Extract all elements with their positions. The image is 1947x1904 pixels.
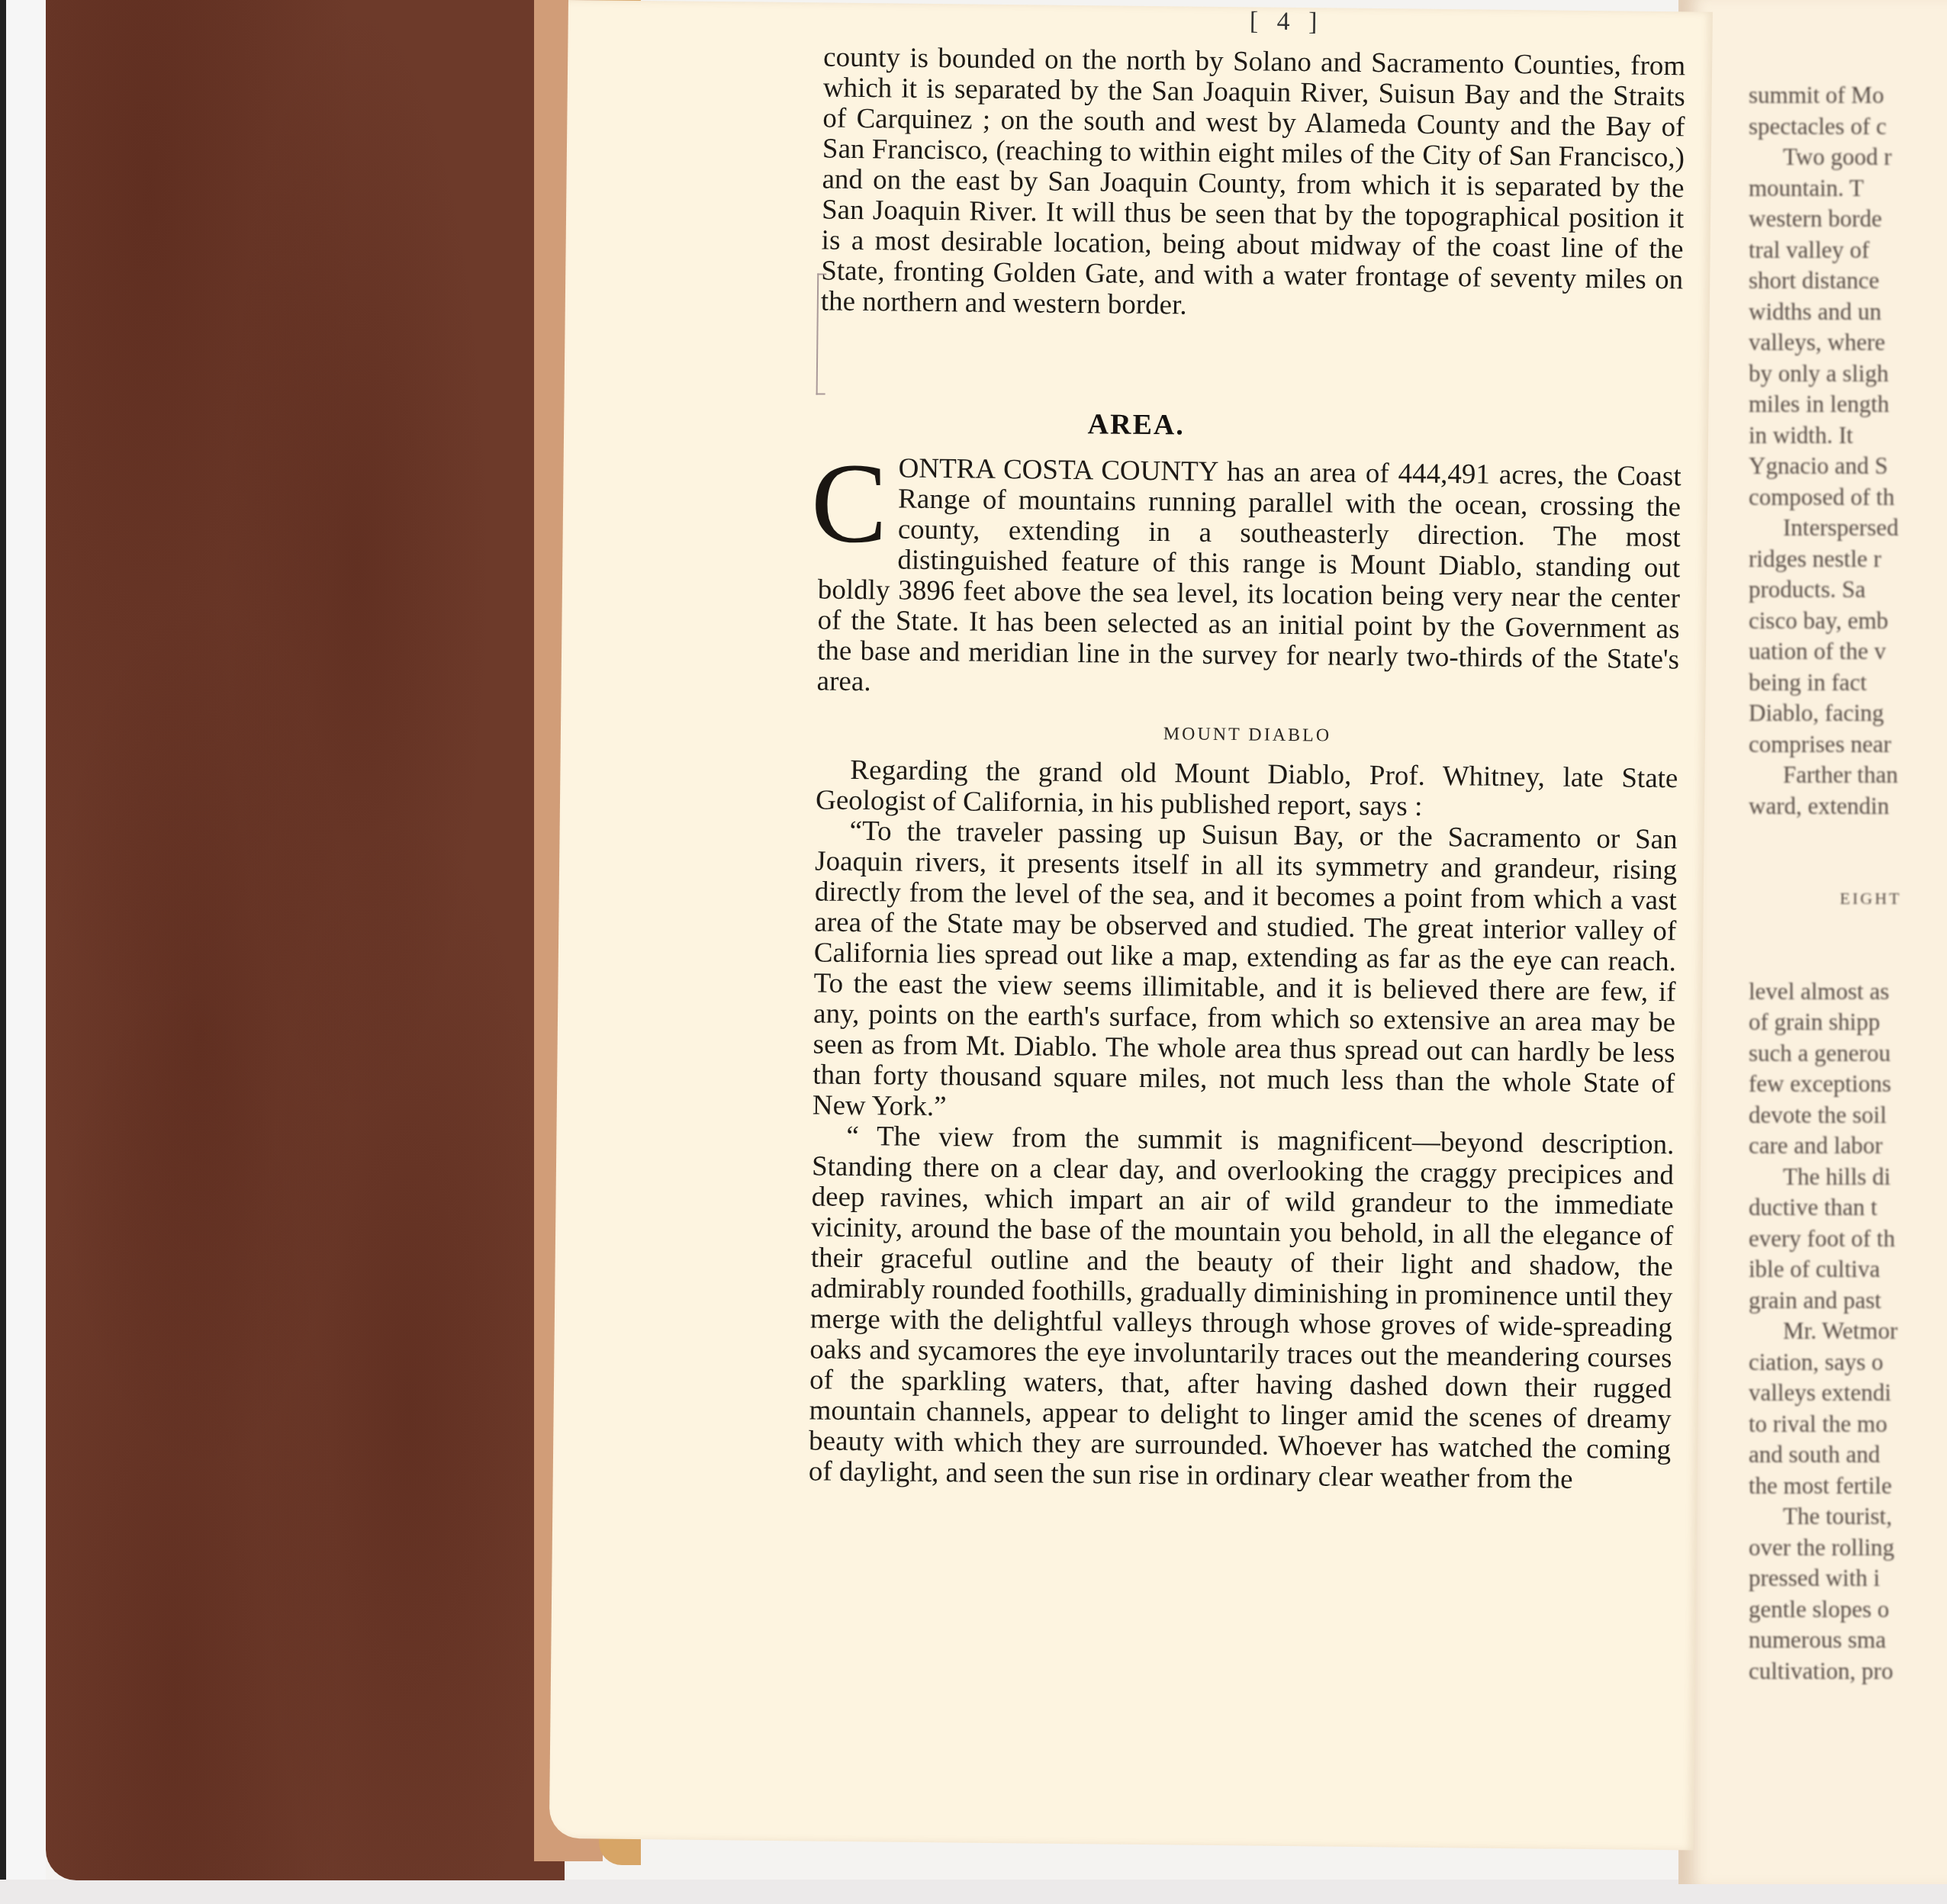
- facing-page-line: Diablo, facing: [1749, 698, 1947, 729]
- facing-page-line: Mr. Wetmor: [1749, 1316, 1947, 1347]
- mount-diablo-paragraph-2: “To the traveler passing up Suisun Bay, …: [813, 815, 1678, 1130]
- mount-diablo-paragraph-1: Regarding the grand old Mount Diablo, Pr…: [816, 754, 1678, 825]
- facing-page-line: over the rolling: [1749, 1533, 1947, 1564]
- drop-cap: C: [810, 457, 887, 549]
- area-section: C ONTRA COSTA COUNTY has an area of 444,…: [809, 452, 1682, 1496]
- facing-page-line: the most fertile: [1749, 1471, 1947, 1502]
- facing-page-line: spectacles of c: [1749, 111, 1947, 143]
- facing-page-line: every foot of th: [1749, 1224, 1947, 1255]
- facing-page-line: uation of the v: [1749, 636, 1947, 667]
- facing-page-line: to rival the mo: [1749, 1409, 1947, 1440]
- facing-page-line: of grain shipp: [1749, 1007, 1947, 1038]
- facing-page-line: ciation, says o: [1749, 1347, 1947, 1378]
- spacer: [1749, 822, 1947, 883]
- facing-page-line: ward, extendin: [1749, 791, 1947, 822]
- facing-page-line: tral valley of: [1749, 235, 1947, 266]
- area-heading: AREA.: [564, 402, 1708, 448]
- opening-paragraph-block: county is bounded on the north by Solano…: [821, 43, 1686, 326]
- facing-page-line: in width. It: [1749, 420, 1947, 452]
- scan-margin: [0, 0, 46, 1904]
- facing-page-line: few exceptions: [1749, 1069, 1947, 1100]
- facing-page-line: ible of cultiva: [1749, 1254, 1947, 1285]
- opening-paragraph: county is bounded on the north by Solano…: [821, 43, 1686, 326]
- spacer: [1749, 915, 1947, 976]
- facing-page-text: summit of Mospectacles of cTwo good rmou…: [1749, 80, 1947, 1687]
- facing-page: summit of Mospectacles of cTwo good rmou…: [1678, 0, 1947, 1884]
- facing-page-line: Ygnacio and S: [1749, 451, 1947, 482]
- facing-page-line: miles in length: [1749, 389, 1947, 420]
- facing-page-line: western borde: [1749, 204, 1947, 235]
- book-cover: [46, 0, 565, 1880]
- facing-page-line: Interspersed: [1749, 513, 1947, 544]
- facing-page-line: mountain. T: [1749, 173, 1947, 204]
- facing-page-line: widths and un: [1749, 297, 1947, 328]
- facing-page-line: by only a sligh: [1749, 359, 1947, 390]
- mount-diablo-heading: MOUNT DIABLO: [816, 715, 1678, 754]
- facing-page-line: being in fact: [1749, 667, 1947, 699]
- scan-bottom-margin: [0, 1880, 1947, 1904]
- facing-page-line: cultivation, pro: [1749, 1656, 1947, 1687]
- facing-page-line: summit of Mo: [1749, 80, 1947, 111]
- facing-page-line: products. Sa: [1749, 574, 1947, 606]
- facing-page-line: short distance: [1749, 265, 1947, 297]
- page-number: [ 4 ]: [1250, 7, 1324, 37]
- facing-page-line: grain and past: [1749, 1285, 1947, 1317]
- facing-page-line: level almost as: [1749, 976, 1947, 1008]
- facing-page-line: and south and: [1749, 1439, 1947, 1471]
- facing-page-line: comprises near: [1749, 729, 1947, 761]
- facing-page-line: such a generou: [1749, 1038, 1947, 1069]
- facing-page-line: The tourist,: [1749, 1501, 1947, 1533]
- facing-page-line: pressed with i: [1749, 1563, 1947, 1594]
- area-paragraph: ONTRA COSTA COUNTY has an area of 444,49…: [816, 452, 1681, 706]
- mount-diablo-paragraph-3: “ The view from the summit is magnificen…: [809, 1121, 1675, 1496]
- facing-page-line: valleys extendi: [1749, 1378, 1947, 1409]
- facing-page-line: Farther than: [1749, 760, 1947, 791]
- facing-page-line: valleys, where: [1749, 327, 1947, 359]
- facing-page-line: ridges nestle r: [1749, 544, 1947, 575]
- facing-page-line: gentle slopes o: [1749, 1594, 1947, 1626]
- facing-page-line: composed of th: [1749, 482, 1947, 513]
- facing-page-line: The hills di: [1749, 1162, 1947, 1193]
- book-page: [ 4 ] county is bounded on the north by …: [549, 0, 1713, 1851]
- facing-page-line: numerous sma: [1749, 1625, 1947, 1656]
- facing-page-line: devote the soil: [1749, 1100, 1947, 1131]
- facing-page-line: Two good r: [1749, 142, 1947, 173]
- facing-page-line: EIGHT: [1749, 883, 1947, 915]
- facing-page-line: ductive than t: [1749, 1192, 1947, 1224]
- facing-page-line: care and labor: [1749, 1130, 1947, 1162]
- facing-page-line: cisco bay, emb: [1749, 606, 1947, 637]
